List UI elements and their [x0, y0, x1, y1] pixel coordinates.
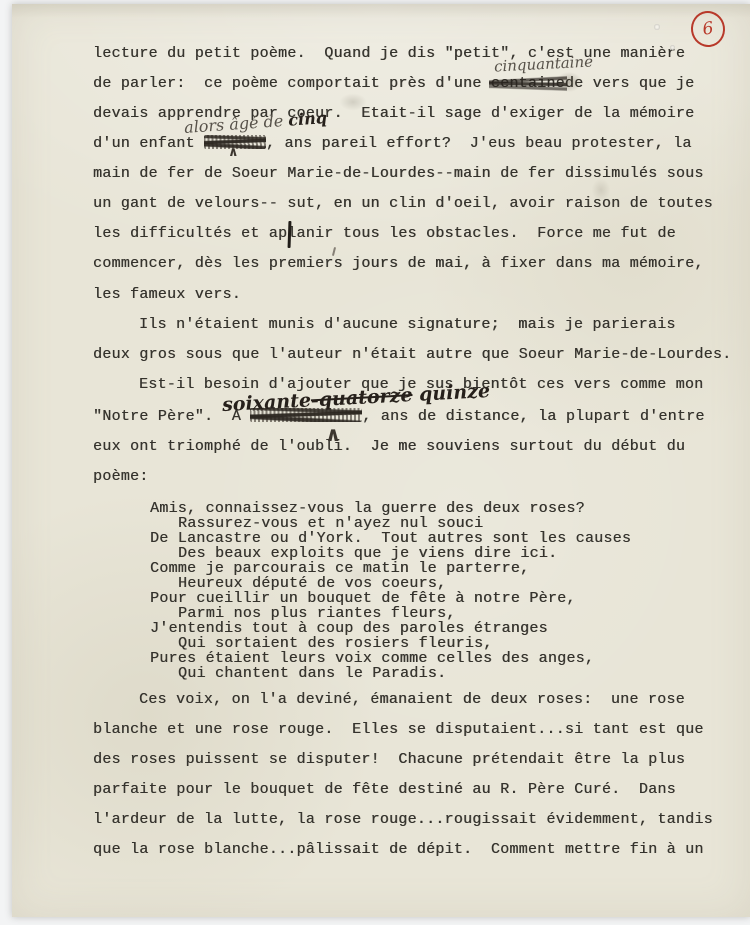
scanned-typescript-page: lecture du petit poème. Quand je dis "pe…: [12, 4, 750, 917]
typed-line-29: blanche et une rose rouge. Elles se disp…: [93, 720, 704, 740]
typed-text: main de fer de Soeur Marie-de-Lourdes--m…: [93, 165, 704, 182]
paper-stain: [330, 560, 390, 590]
red-circled-page-number: 6: [689, 9, 728, 49]
handwriting-segment: quinze: [412, 380, 491, 406]
typed-text: un gant de velours-- sut, en un clin d'o…: [93, 195, 713, 212]
ink-smudge: [334, 90, 372, 114]
typed-line-31: parfaite pour le bouquet de fête destiné…: [93, 780, 676, 800]
typed-line-7: les difficultés et aplanir tous les obst…: [93, 224, 676, 244]
typed-text: Qui chantent dans le Paradis.: [178, 665, 446, 682]
ink-smudge: [588, 174, 614, 206]
typed-text: que la rose blanche...pâlissait de dépit…: [93, 841, 704, 858]
typed-text: , ans pareil effort? J'eus beau proteste…: [266, 135, 692, 152]
typed-line-30: des roses puissent se disputer! Chacune …: [93, 750, 685, 770]
typed-line-8: commencer, dès les premiers jours de mai…: [93, 254, 704, 274]
scan-background: { "page_number_stamp": "6", "colors": { …: [0, 0, 750, 925]
ink-smudge: [551, 68, 587, 96]
handwriting-segment: cinq: [288, 108, 328, 130]
typed-text: eux ont triomphé de l'oubli. Je me souvi…: [93, 438, 685, 455]
typed-text: des roses puissent se disputer! Chacune …: [93, 751, 685, 768]
typed-text: d'un enfant: [93, 135, 204, 152]
typed-line-1: lecture du petit poème. Quand je dis "pe…: [93, 44, 685, 64]
typed-line-2: de parler: ce poème comportait près d'un…: [93, 74, 694, 94]
typed-text: lecture du petit poème. Quand je dis "pe…: [93, 45, 685, 62]
typed-text: parfaite pour le bouquet de fête destiné…: [93, 781, 676, 798]
insertion-caret: ∧: [228, 146, 239, 159]
typed-line-32: l'ardeur de la lutte, la rose rouge...ro…: [93, 810, 713, 830]
typed-line-10: Ils n'étaient munis d'aucune signature; …: [139, 315, 676, 335]
typed-line-6: un gant de velours-- sut, en un clin d'o…: [93, 194, 713, 214]
typed-text: l'ardeur de la lutte, la rose rouge...ro…: [93, 811, 713, 828]
typed-text: Ils n'étaient munis d'aucune signature; …: [139, 316, 676, 333]
typed-text: blanche et une rose rouge. Elles se disp…: [93, 721, 704, 738]
staple-hole: [654, 24, 660, 30]
typed-line-13: "Notre Père". A , ans de distance, la pl…: [93, 407, 705, 427]
typed-line-27: Qui chantent dans le Paradis.: [178, 664, 446, 684]
typed-text: les difficultés et aplanir tous les obst…: [93, 225, 676, 242]
typed-text: deux gros sous que l'auteur n'était autr…: [93, 346, 731, 363]
typed-line-14: eux ont triomphé de l'oubli. Je me souvi…: [93, 437, 685, 457]
typed-text: les fameux vers.: [93, 286, 241, 303]
insertion-caret: ∧: [325, 424, 341, 444]
typed-line-15: poème:: [93, 467, 149, 487]
typed-text: de parler: ce poème comportait près d'un…: [93, 75, 491, 92]
typed-line-33: que la rose blanche...pâlissait de dépit…: [93, 840, 704, 860]
typed-line-9: les fameux vers.: [93, 285, 241, 305]
typed-text: , ans de distance, la plupart d'entre: [362, 408, 704, 425]
typed-line-28: Ces voix, on l'a deviné, émanaient de de…: [139, 690, 685, 710]
handwriting-segment: soixante: [222, 389, 312, 416]
typed-line-11: deux gros sous que l'auteur n'était autr…: [93, 345, 731, 365]
typed-line-4: d'un enfant , ans pareil effort? J'eus b…: [93, 134, 692, 154]
typed-text: commencer, dès les premiers jours de mai…: [93, 255, 704, 272]
typed-text: Ces voix, on l'a deviné, émanaient de de…: [139, 691, 685, 708]
staple-hole: [670, 45, 675, 50]
typed-text: poème:: [93, 468, 149, 485]
